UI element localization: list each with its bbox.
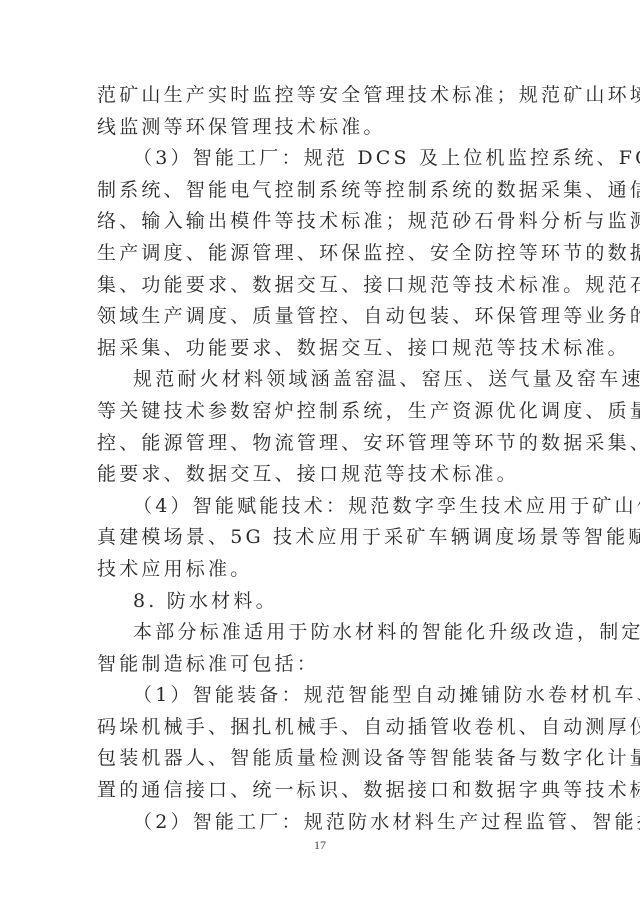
document-page: 范矿山生产实时监控等安全管理技术标准；规范矿山环境在 线监测等环保管理技术标准。… bbox=[97, 80, 542, 838]
text-line: 集、功能要求、数据交互、接口规范等技术标准。规范石材 bbox=[97, 270, 542, 302]
text-line: （2）智能工厂：规范防水材料生产过程监管、智能排 bbox=[97, 807, 542, 839]
text-line: 技术应用标准。 bbox=[97, 554, 542, 586]
text-line: （3）智能工厂：规范 DCS 及上位机监控系统、FCS 控 bbox=[97, 143, 542, 175]
text-line: 等关键技术参数窑炉控制系统，生产资源优化调度、质量管 bbox=[97, 396, 542, 428]
text-line: 智能制造标准可包括： bbox=[97, 649, 542, 681]
text-line: 码垛机械手、捆扎机械手、自动插管收卷机、自动测厚仪、 bbox=[97, 712, 542, 744]
text-line: 本部分标准适用于防水材料的智能化升级改造，制定的 bbox=[97, 617, 542, 649]
text-line: 置的通信接口、统一标识、数据接口和数据字典等技术标准。 bbox=[97, 775, 542, 807]
text-line: 领域生产调度、质量管控、自动包装、环保管理等业务的数 bbox=[97, 301, 542, 333]
text-line: 据采集、功能要求、数据交互、接口规范等技术标准。 bbox=[97, 333, 542, 365]
text-line: 规范耐火材料领域涵盖窑温、窑压、送气量及窑车速度 bbox=[97, 364, 542, 396]
text-line: 生产调度、能源管理、环保监控、安全防控等环节的数据采 bbox=[97, 238, 542, 270]
text-line: 制系统、智能电气控制系统等控制系统的数据采集、通信网 bbox=[97, 175, 542, 207]
text-line: 控、能源管理、物流管理、安环管理等环节的数据采集、功 bbox=[97, 428, 542, 460]
text-line: 线监测等环保管理技术标准。 bbox=[97, 112, 542, 144]
text-line: 能要求、数据交互、接口规范等技术标准。 bbox=[97, 459, 542, 491]
page-number: 17 bbox=[0, 838, 640, 853]
text-line: 包装机器人、智能质量检测设备等智能装备与数字化计量装 bbox=[97, 743, 542, 775]
text-line: （1）智能装备：规范智能型自动摊铺防水卷材机车、 bbox=[97, 680, 542, 712]
text-line: 范矿山生产实时监控等安全管理技术标准；规范矿山环境在 bbox=[97, 80, 542, 112]
text-line: 真建模场景、5G 技术应用于采矿车辆调度场景等智能赋能 bbox=[97, 522, 542, 554]
section-heading: 8. 防水材料。 bbox=[97, 586, 542, 618]
text-line: 络、输入输出模件等技术标准；规范砂石骨料分析与监测、 bbox=[97, 206, 542, 238]
text-line: （4）智能赋能技术：规范数字孪生技术应用于矿山仿 bbox=[97, 491, 542, 523]
